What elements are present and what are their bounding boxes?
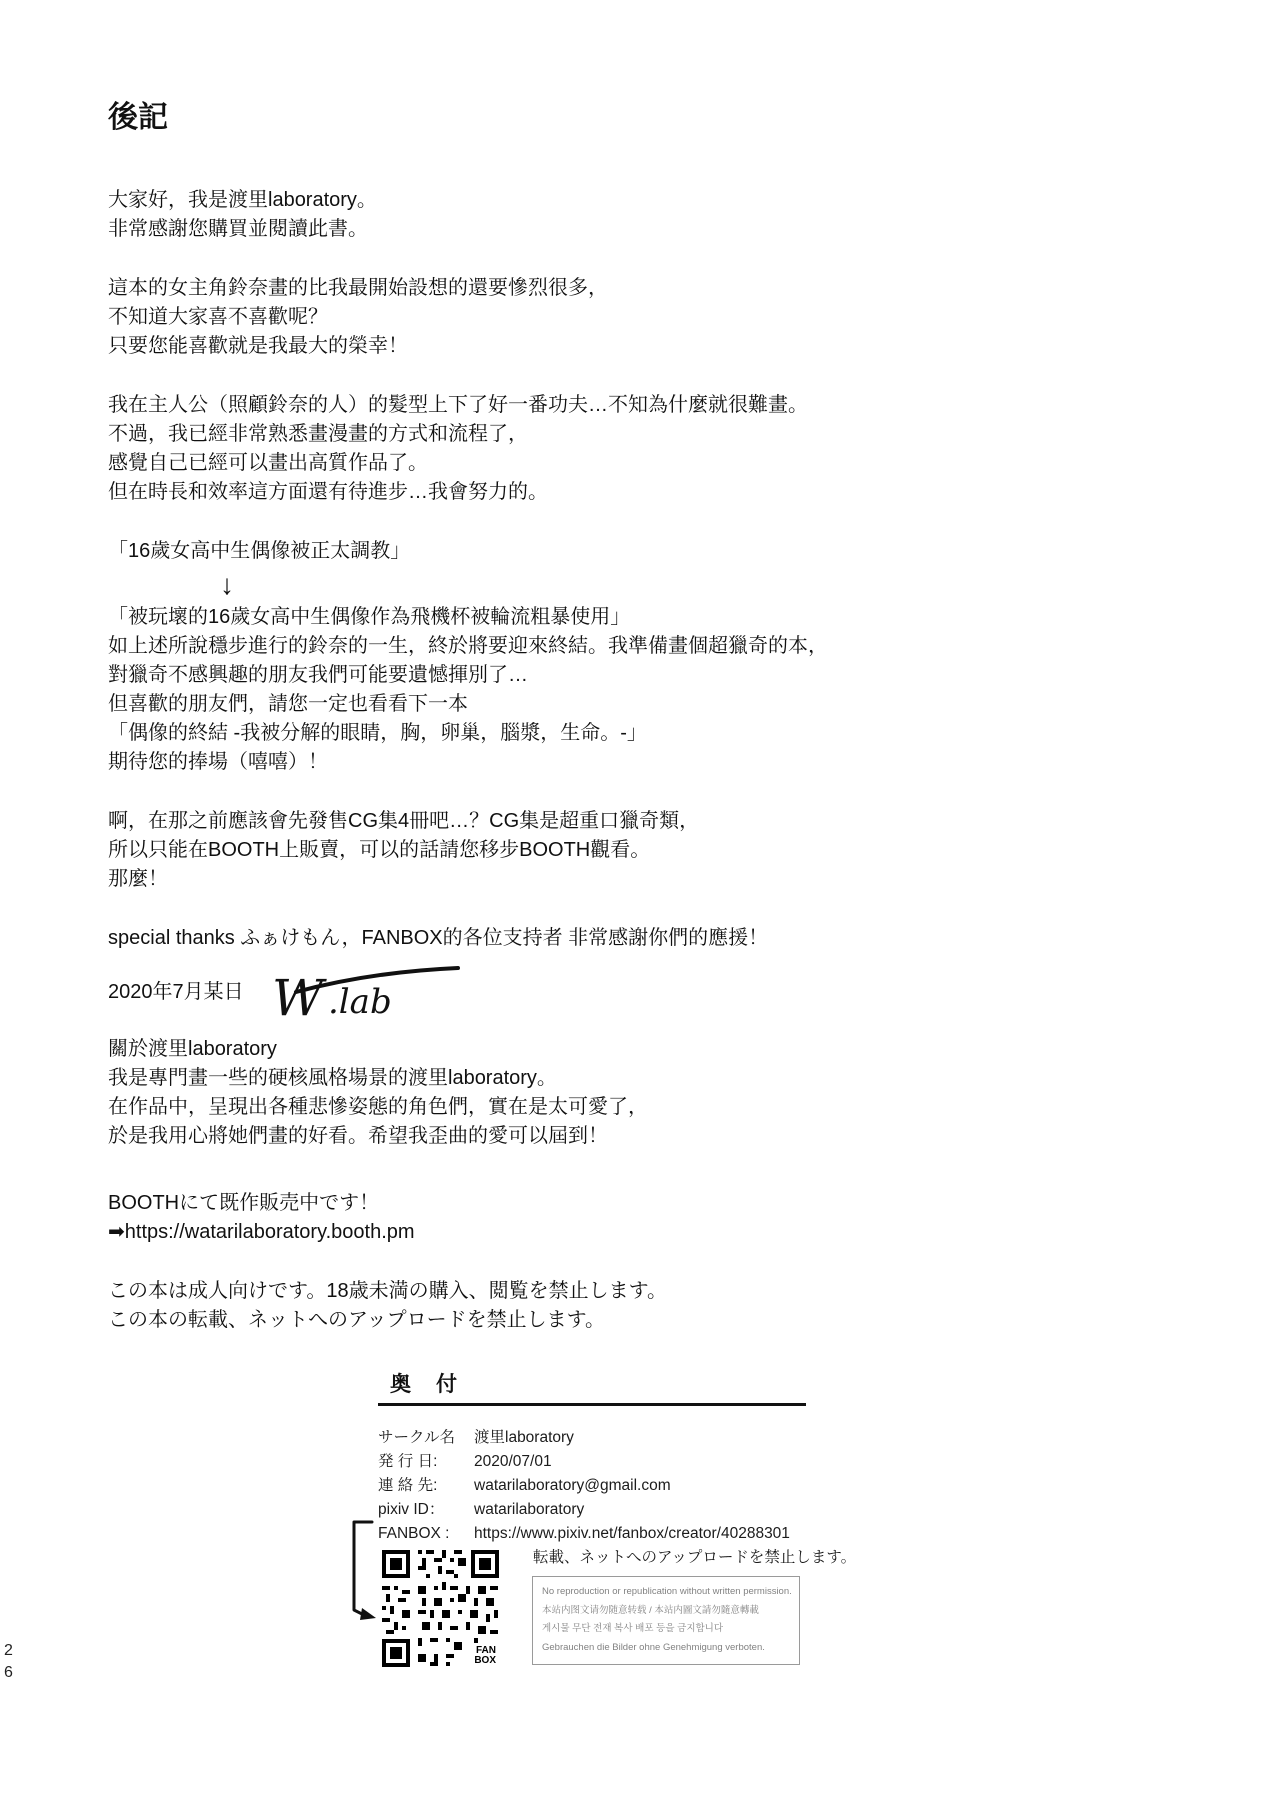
row-value: https://www.pixiv.net/fanbox/creator/402…	[474, 1522, 790, 1546]
colophon-row-date: 発 行 日: 2020/07/01	[378, 1450, 790, 1474]
text-line: 感覺自己已經可以畫出高質作品了。	[108, 449, 1188, 478]
row-label: FANBOX :	[378, 1522, 474, 1546]
page-number: 26	[4, 1640, 16, 1684]
next-book-paragraph: 「被玩壞的16歲女高中生偶像作為飛機杯被輪流粗暴使用」 如上述所說穩步進行的鈴奈…	[108, 603, 1188, 777]
workflow-paragraph: 我在主人公（照顧鈴奈的人）的髮型上下了好一番功夫…不知為什麼就很難畫。 不過，我…	[108, 391, 1188, 507]
text-line: この本は成人向けです。18歳未満の購入、閲覧を禁止します。	[108, 1277, 1188, 1306]
colophon-heading: 奥 付	[378, 1372, 806, 1406]
text-line: この本の転載、ネットへのアップロードを禁止します。	[108, 1306, 1188, 1335]
colophon-row-fanbox: FANBOX : https://www.pixiv.net/fanbox/cr…	[378, 1522, 790, 1546]
colophon-row-circle: サークル名 渡里laboratory	[378, 1426, 790, 1450]
text-line: 期待您的捧場（嘻嘻）！	[108, 748, 1188, 777]
booth-url-text: https://watarilaboratory.booth.pm	[125, 1221, 415, 1243]
notice-line-en: No reproduction or republication without…	[542, 1583, 790, 1602]
text-line: 大家好，我是渡里laboratory。	[108, 186, 1188, 215]
svg-text:.lab: .lab	[328, 982, 392, 1021]
heroine-paragraph: 這本的女主角鈴奈畫的比我最開始設想的還要慘烈很多， 不知道大家喜不喜歡呢？ 只要…	[108, 274, 1188, 361]
text-line: 「被玩壞的16歲女高中生偶像作為飛機杯被輪流粗暴使用」	[108, 603, 1188, 632]
notice-line-ko: 게시물 무단 전재 복사 배포 등을 금지합니다	[542, 1620, 790, 1639]
book-title-text: 「16歲女高中生偶像被正太調教」	[108, 537, 1188, 566]
text-line: 所以只能在BOOTH上販賣，可以的話請您移步BOOTH觀看。	[108, 836, 1188, 865]
row-label: サークル名	[378, 1426, 474, 1450]
notice-line-zh: 本站内图文请勿随意转载 / 本站内圖文請勿隨意轉載	[542, 1602, 790, 1621]
text-line: 但喜歡的朋友們，請您一定也看看下一本	[108, 690, 1188, 719]
row-value: 2020/07/01	[474, 1450, 552, 1474]
greeting-paragraph: 大家好，我是渡里laboratory。 非常感謝您購買並閱讀此書。	[108, 186, 1188, 244]
current-book-title-line: 「16歲女高中生偶像被正太調教」	[108, 537, 1188, 566]
cg-set-paragraph: 啊，在那之前應該會先發售CG集4冊吧…？CG集是超重口獵奇類， 所以只能在BOO…	[108, 807, 1188, 894]
row-label: 連 絡 先:	[378, 1474, 474, 1498]
booth-paragraph: BOOTHにて既作販売中です！ ➡https://watarilaborator…	[108, 1189, 1188, 1247]
booth-url-line: ➡https://watarilaboratory.booth.pm	[108, 1218, 1188, 1247]
date-text: 2020年7月某日	[108, 978, 244, 1007]
svg-text:W: W	[272, 969, 327, 1021]
colophon-table: サークル名 渡里laboratory 発 行 日: 2020/07/01 連 絡…	[378, 1426, 790, 1546]
text-line: 那麼！	[108, 865, 1188, 894]
handwritten-signature: W .lab	[270, 963, 465, 1021]
text-line: 我在主人公（照顧鈴奈的人）的髮型上下了好一番功夫…不知為什麼就很難畫。	[108, 391, 1188, 420]
about-author-paragraph: 關於渡里laboratory 我是專門畫一些的硬核風格場景的渡里laborato…	[108, 1035, 1188, 1151]
row-value: watarilaboratory	[474, 1498, 584, 1522]
text-line: special thanks ふぁけもん，FANBOX的各位支持者 非常感謝你們…	[108, 924, 1188, 953]
text-line: 但在時長和效率這方面還有待進步…我會努力的。	[108, 478, 1188, 507]
row-value: watarilaboratory@gmail.com	[474, 1474, 671, 1498]
text-line: 在作品中，呈現出各種悲慘姿態的角色們，實在是太可愛了，	[108, 1093, 1188, 1122]
row-label: 発 行 日:	[378, 1450, 474, 1474]
text-line: 對獵奇不感興趣的朋友我們可能要遺憾揮別了…	[108, 661, 1188, 690]
text-line: BOOTHにて既作販売中です！	[108, 1189, 1188, 1218]
qr-label-box: BOX	[474, 1655, 496, 1666]
signature-row: 2020年7月某日 W .lab	[108, 961, 1188, 1023]
text-line: 「偶像的終結 -我被分解的眼睛，胸，卵巢，腦漿，生命。-」	[108, 719, 1188, 748]
age-restriction-paragraph: この本は成人向けです。18歳未満の購入、閲覧を禁止します。 この本の転載、ネット…	[108, 1277, 1188, 1335]
colophon-row-pixiv: pixiv ID： watarilaboratory	[378, 1498, 790, 1522]
text-line: 我是專門畫一些的硬核風格場景的渡里laboratory。	[108, 1064, 1188, 1093]
row-label: pixiv ID：	[378, 1498, 474, 1522]
fanbox-qr-code: FAN BOX	[382, 1550, 499, 1667]
no-reproduction-box: No reproduction or republication without…	[532, 1576, 800, 1665]
text-line: 只要您能喜歡就是我最大的榮幸！	[108, 332, 1188, 361]
text-line: 如上述所說穩步進行的鈴奈的一生，終於將要迎來終結。我準備畫個超獵奇的本，	[108, 632, 1188, 661]
no-upload-notice: 転載、ネットへのアップロードを禁止します。	[533, 1548, 856, 1568]
row-value: 渡里laboratory	[474, 1426, 574, 1450]
text-line: 關於渡里laboratory	[108, 1035, 1188, 1064]
special-thanks-line: special thanks ふぁけもん，FANBOX的各位支持者 非常感謝你們…	[108, 924, 1188, 953]
text-line: 啊，在那之前應該會先發售CG集4冊吧…？CG集是超重口獵奇類，	[108, 807, 1188, 836]
text-line: 不過，我已經非常熟悉畫漫畫的方式和流程了，	[108, 420, 1188, 449]
text-line: 這本的女主角鈴奈畫的比我最開始設想的還要慘烈很多，	[108, 274, 1188, 303]
page-title: 後記	[108, 96, 1188, 140]
text-line: 非常感謝您購買並閱讀此書。	[108, 215, 1188, 244]
colophon-heading-text: 奥 付	[378, 1372, 806, 1398]
down-arrow-icon: ↓	[108, 566, 1188, 603]
text-line: 於是我用心將她們畫的好看。希望我歪曲的愛可以屆到！	[108, 1122, 1188, 1151]
right-arrow-icon: ➡	[108, 1221, 125, 1243]
afterword-section: 後記 大家好，我是渡里laboratory。 非常感謝您購買並閱讀此書。 這本的…	[108, 96, 1188, 1335]
colophon-row-contact: 連 絡 先: watarilaboratory@gmail.com	[378, 1474, 790, 1498]
notice-line-de: Gebrauchen die Bilder ohne Genehmigung v…	[542, 1639, 790, 1658]
text-line: 不知道大家喜不喜歡呢？	[108, 303, 1188, 332]
